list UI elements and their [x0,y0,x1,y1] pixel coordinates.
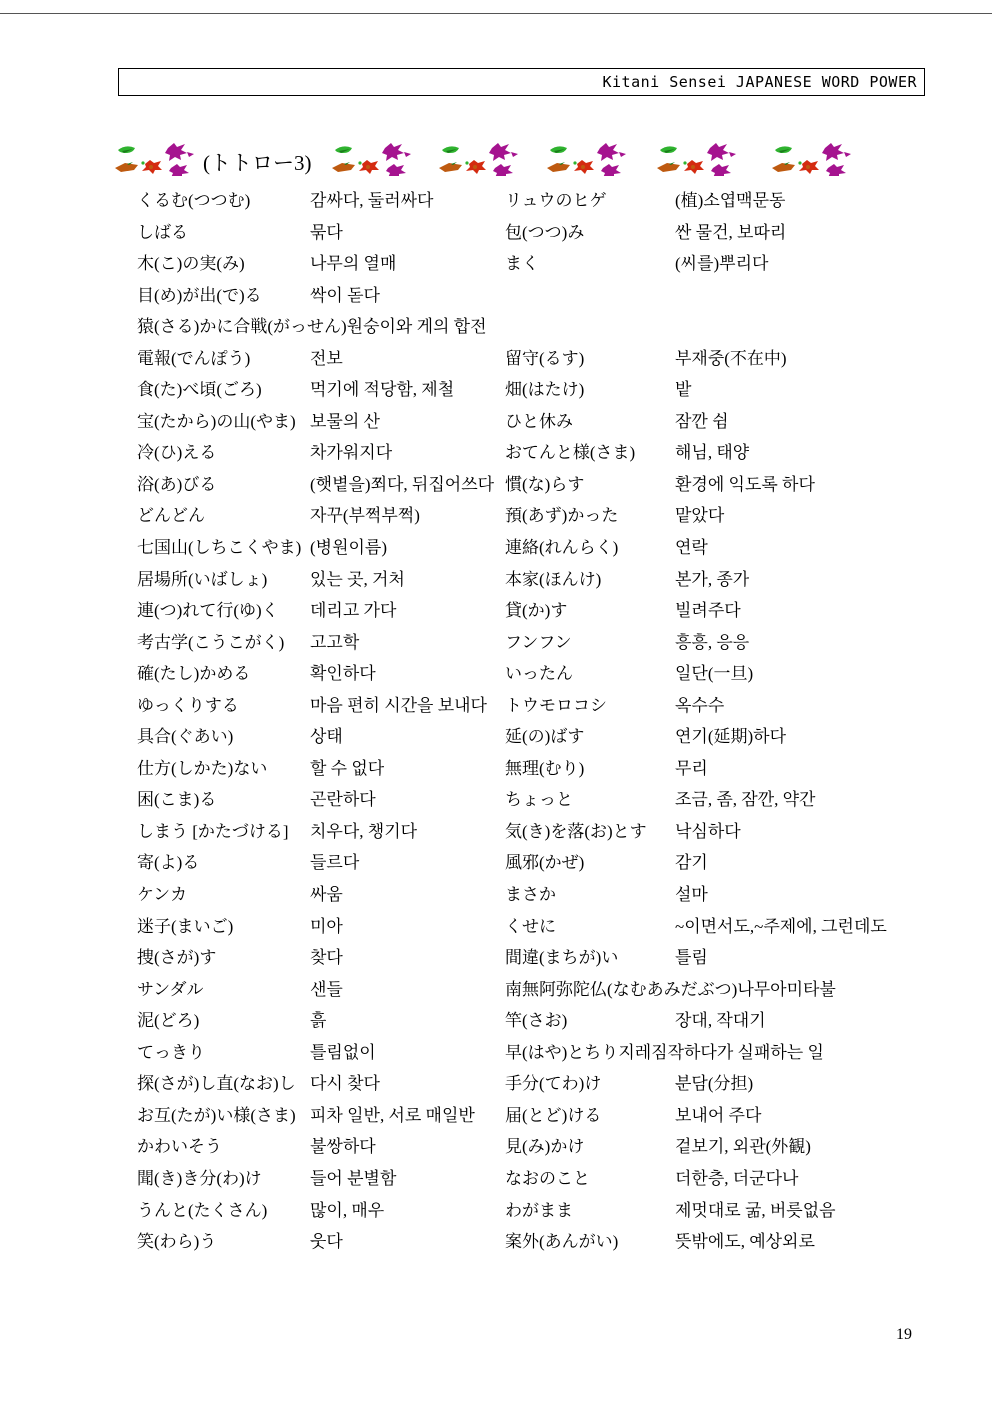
word-cell: 食(た)べ頃(ごろ) [137,378,310,402]
word-row: 探(さが)し直(なお)し다시 찾다手分(てわ)け분담(分担) [137,1072,952,1104]
word-cell: 무리 [675,757,708,781]
word-row: 猿(さる)かに合戦(がっせん)원숭이와 게의 합전 [137,315,952,347]
word-row: 寄(よ)る들르다風邪(かぜ)감기 [137,851,952,883]
word-row: 目(め)が出(で)る싹이 돋다 [137,284,952,316]
word-cell: 맡았다 [675,504,724,528]
word-row: サンダル샌들南無阿弥陀仏(なむあみだぶつ)나무아미타불 [137,978,952,1010]
word-cell: 일단(一旦) [675,662,753,686]
word-cell: どんどん [137,504,310,528]
word-cell: 無理(むり) [505,757,675,781]
flower-cluster-icon [655,142,741,176]
word-row: 笑(わら)う웃다案外(あんがい)뜻밖에도, 예상외로 [137,1230,952,1262]
word-cell: 확인하다 [310,662,505,686]
word-cell: まさか [505,883,675,907]
word-cell: 미아 [310,915,505,939]
word-cell: (植)소엽맥문동 [675,189,785,213]
word-cell: 싼 물건, 보따리 [675,221,786,245]
word-cell: 흥흥, 응응 [675,631,749,655]
flower-cluster-icon [545,142,631,176]
word-cell: 冷(ひ)える [137,441,310,465]
word-cell: ゆっくりする [137,694,310,718]
word-cell: 할 수 없다 [310,757,505,781]
word-cell: いったん [505,662,675,686]
word-cell: 해님, 태양 [675,441,749,465]
word-cell: 환경에 익도록 하다 [675,473,815,497]
word-cell: トウモロコシ [505,694,675,718]
word-row: 聞(き)き分(わ)け들어 분별함なおのこと더한층, 더군다나 [137,1167,952,1199]
word-cell: 木(こ)の実(み) [137,252,310,276]
word-cell: ひと休み [505,410,675,434]
word-cell: 届(とど)ける [505,1104,675,1128]
word-row: 電報(でんぽう)전보留守(るす)부재중(不在中) [137,347,952,379]
word-cell: 電報(でんぽう) [137,347,310,371]
word-row: くるむ(つつむ)감싸다, 둘러싸다リュウのヒゲ(植)소엽맥문동 [137,189,952,221]
word-row: 捜(さが)す찾다間違(まちが)い틀림 [137,946,952,978]
word-cell: 자꾸(부쩍부쩍) [310,504,505,528]
word-cell: (햇볕을)쬐다, 뒤집어쓰다 [310,473,505,497]
word-cell: ケンカ [137,883,310,907]
word-cell: 들어 분별함 [310,1167,505,1191]
word-cell: 감싸다, 둘러싸다 [310,189,505,213]
word-cell: 留守(るす) [505,347,675,371]
word-cell: 笑(わら)う [137,1230,310,1254]
word-cell: 困(こま)る [137,788,310,812]
word-row: どんどん자꾸(부쩍부쩍)預(あず)かった맡았다 [137,504,952,536]
word-cell: 들르다 [310,851,505,875]
section-title: (トトロー3) [203,147,312,177]
word-cell: 居場所(いばしょ) [137,568,310,592]
section-title-row: (トトロー3) [0,142,992,180]
word-row: 困(こま)る곤란하다ちょっと조금, 좀, 잠깐, 약간 [137,788,952,820]
word-cell: 보내어 주다 [675,1104,761,1128]
word-cell: (씨를)뿌리다 [675,252,768,276]
word-cell: 考古学(こうこがく) [137,631,310,655]
word-row: 確(たし)かめる확인하다いったん일단(一旦) [137,662,952,694]
word-cell: 案外(あんがい) [505,1230,675,1254]
word-cell: 手分(てわ)け [505,1072,675,1096]
word-row: ゆっくりする마음 편히 시간을 보내다トウモロコシ옥수수 [137,694,952,726]
word-cell: くせに [505,915,675,939]
word-row: 居場所(いばしょ)있는 곳, 거처本家(ほんけ)본가, 종가 [137,568,952,600]
word-cell: 상태 [310,725,505,749]
word-cell: 泥(どろ) [137,1009,310,1033]
word-row: てっきり틀림없이早(はや)とちり지레짐작하다가 실패하는 일 [137,1041,952,1073]
word-row: 浴(あ)びる(햇볕을)쬐다, 뒤집어쓰다慣(な)らす환경에 익도록 하다 [137,473,952,505]
word-cell: 본가, 종가 [675,568,749,592]
word-row: お互(たが)い様(さま)피차 일반, 서로 매일반届(とど)ける보내어 주다 [137,1104,952,1136]
word-cell: 探(さが)し直(なお)し [137,1072,310,1096]
word-cell: 마음 편히 시간을 보내다 [310,694,505,718]
flower-cluster-icon [113,142,199,176]
word-cell: 낙심하다 [675,820,741,844]
word-cell: 迷子(まいご) [137,915,310,939]
word-cell: 聞(き)き分(わ)け [137,1167,310,1191]
word-cell: ちょっと [505,788,675,812]
word-cell: 本家(ほんけ) [505,568,675,592]
word-cell: 猿(さる)かに合戦(がっせん)원숭이와 게의 합전 [137,315,487,339]
word-row: 迷子(まいご)미아くせに~이면서도,~주제에, 그런데도 [137,915,952,947]
flower-cluster-icon [770,142,856,176]
word-row: 七国山(しちこくやま)(병원이름)連絡(れんらく)연락 [137,536,952,568]
word-cell: 七国山(しちこくやま) [137,536,310,560]
word-row: ケンカ싸움まさか설마 [137,883,952,915]
word-cell: 仕方(しかた)ない [137,757,310,781]
word-cell: 見(み)かけ [505,1135,675,1159]
word-cell: うんと(たくさん) [137,1199,310,1223]
word-cell: 데리고 가다 [310,599,505,623]
word-cell: 먹기에 적당함, 제철 [310,378,505,402]
word-row: 冷(ひ)える차가워지다おてんと様(さま)해님, 태양 [137,441,952,473]
word-cell: 묶다 [310,221,505,245]
word-cell: なおのこと [505,1167,675,1191]
word-cell: かわいそう [137,1135,310,1159]
word-cell: 風邪(かぜ) [505,851,675,875]
top-rule [0,13,992,14]
word-cell: 竿(さお) [505,1009,675,1033]
header-box: Kitani Sensei JAPANESE WORD POWER [118,68,925,96]
word-row: 連(つ)れて行(ゆ)く데리고 가다貸(か)す빌려주다 [137,599,952,631]
word-cell: 目(め)が出(で)る [137,284,310,308]
word-cell: 間違(まちが)い [505,946,675,970]
word-cell: 샌들 [310,978,505,1002]
word-cell: 찾다 [310,946,505,970]
word-cell: 많이, 매우 [310,1199,505,1223]
word-cell: 틀림 [675,946,708,970]
word-cell: 다시 찾다 [310,1072,505,1096]
word-cell: 부재중(不在中) [675,347,787,371]
word-cell: 연락 [675,536,708,560]
word-row: 仕方(しかた)ない할 수 없다無理(むり)무리 [137,757,952,789]
word-cell: お互(たが)い様(さま) [137,1104,310,1128]
word-cell: 고고학 [310,631,505,655]
word-cell: 뜻밖에도, 예상외로 [675,1230,815,1254]
word-row: うんと(たくさん)많이, 매우わがまま제멋대로 굶, 버릇없음 [137,1199,952,1231]
word-row: 宝(たから)の山(やま)보물의 산ひと休み잠깐 쉼 [137,410,952,442]
word-cell: 겉보기, 외관(外観) [675,1135,811,1159]
word-cell: 설마 [675,883,708,907]
word-cell: 貸(か)す [505,599,675,623]
word-row: 木(こ)の実(み)나무의 열매まく(씨를)뿌리다 [137,252,952,284]
word-cell: 제멋대로 굶, 버릇없음 [675,1199,836,1223]
word-cell: 連絡(れんらく) [505,536,675,560]
word-cell: 장대, 작대기 [675,1009,766,1033]
word-cell: 조금, 좀, 잠깐, 약간 [675,788,815,812]
word-cell: 浴(あ)びる [137,473,310,497]
word-cell: 寄(よ)る [137,851,310,875]
header-title: Kitani Sensei JAPANESE WORD POWER [602,73,917,91]
word-cell: (병원이름) [310,536,505,560]
page-number: 19 [896,1326,912,1344]
word-cell: 전보 [310,347,505,371]
word-cell: 慣(な)らす [505,473,675,497]
word-cell: 싹이 돋다 [310,284,505,308]
word-row: 考古学(こうこがく)고고학フンフン흥흥, 응응 [137,631,952,663]
word-row: かわいそう불쌍하다見(み)かけ겉보기, 외관(外観) [137,1135,952,1167]
word-cell: 연기(延期)하다 [675,725,786,749]
flower-cluster-icon [330,142,416,176]
word-cell: 畑(はたけ) [505,378,675,402]
word-cell: おてんと様(さま) [505,441,675,465]
word-cell: 틀림없이 [310,1041,505,1065]
word-row: 泥(どろ)흙竿(さお)장대, 작대기 [137,1009,952,1041]
word-cell: フンフン [505,631,675,655]
word-list: くるむ(つつむ)감싸다, 둘러싸다リュウのヒゲ(植)소엽맥문동しばる묶다包(つつ… [137,189,952,1262]
flower-cluster-icon [437,142,523,176]
word-cell: まく [505,252,675,276]
word-cell: 包(つつ)み [505,221,675,245]
word-row: しばる묶다包(つつ)み싼 물건, 보따리 [137,221,952,253]
word-row: しまう [かたづける]치우다, 챙기다気(き)を落(お)とす낙심하다 [137,820,952,852]
word-cell: 치우다, 챙기다 [310,820,505,844]
word-row: 具合(ぐあい)상태延(の)ばす연기(延期)하다 [137,725,952,757]
word-cell: 분담(分担) [675,1072,753,1096]
word-cell: 나무의 열매 [310,252,505,276]
word-cell: 흙 [310,1009,505,1033]
word-cell: くるむ(つつむ) [137,189,310,213]
word-cell: 있는 곳, 거처 [310,568,505,592]
word-cell: 捜(さが)す [137,946,310,970]
word-cell: 곤란하다 [310,788,505,812]
word-cell: しまう [かたづける] [137,820,310,844]
word-cell: 気(き)を落(お)とす [505,820,675,844]
word-cell: 옥수수 [675,694,724,718]
word-cell: 具合(ぐあい) [137,725,310,749]
word-cell: サンダル [137,978,310,1002]
word-cell: 감기 [675,851,708,875]
word-cell: 延(の)ばす [505,725,675,749]
word-cell: 南無阿弥陀仏(なむあみだぶつ)나무아미타불 [505,978,836,1002]
word-cell: 피차 일반, 서로 매일반 [310,1104,505,1128]
word-cell: 잠깐 쉼 [675,410,729,434]
word-cell: 웃다 [310,1230,505,1254]
word-cell: 불쌍하다 [310,1135,505,1159]
word-cell: わがまま [505,1199,675,1223]
document-page: { "header": { "title": "Kitani Sensei JA… [0,0,992,1403]
word-cell: 宝(たから)の山(やま) [137,410,310,434]
word-cell: 차가워지다 [310,441,505,465]
word-cell: てっきり [137,1041,310,1065]
word-cell: 確(たし)かめる [137,662,310,686]
word-cell: 빌려주다 [675,599,741,623]
word-cell: 預(あず)かった [505,504,675,528]
word-cell: 早(はや)とちり지레짐작하다가 실패하는 일 [505,1041,824,1065]
word-cell: 더한층, 더군다나 [675,1167,798,1191]
word-cell: 連(つ)れて行(ゆ)く [137,599,310,623]
word-cell: 보물의 산 [310,410,505,434]
word-row: 食(た)べ頃(ごろ)먹기에 적당함, 제철畑(はたけ)밭 [137,378,952,410]
word-cell: しばる [137,221,310,245]
word-cell: 싸움 [310,883,505,907]
word-cell: ~이면서도,~주제에, 그런데도 [675,915,887,939]
word-cell: 밭 [675,378,691,402]
word-cell: リュウのヒゲ [505,189,675,213]
